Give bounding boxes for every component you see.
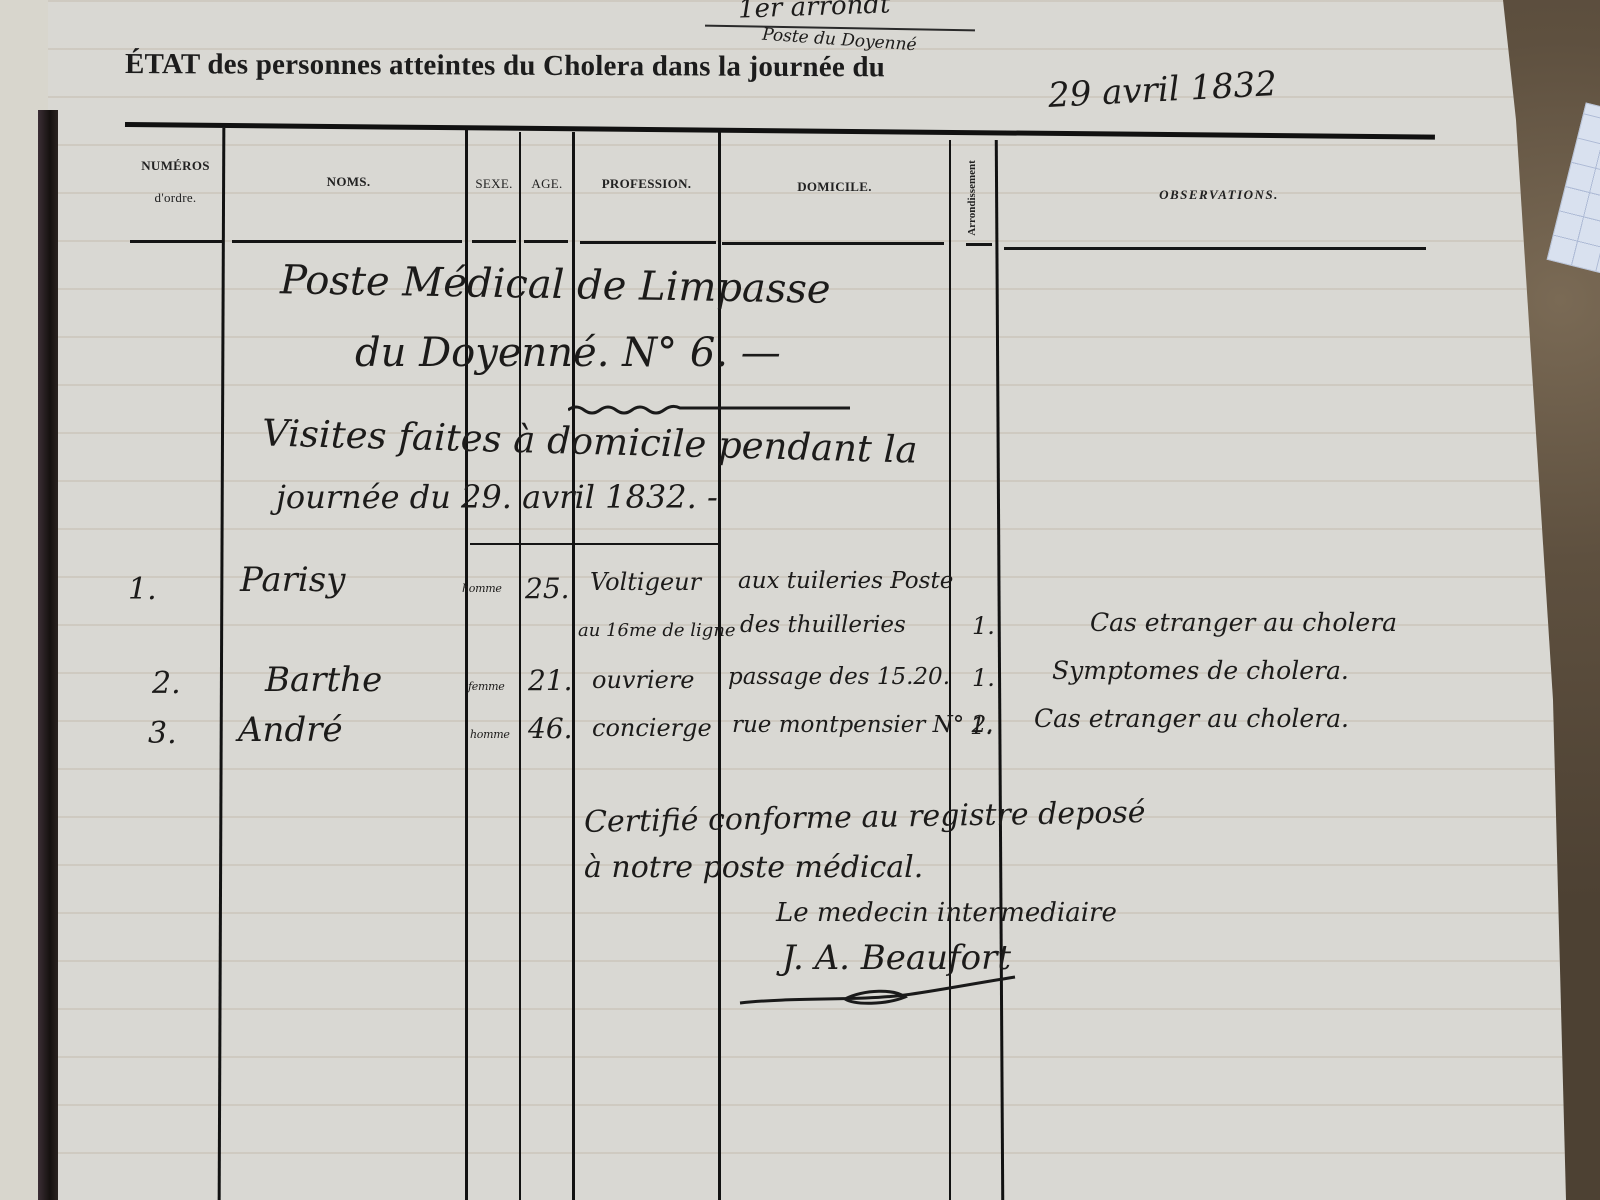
intro-journee: journée du 29. avril 1832. -	[276, 478, 718, 516]
row-arrondissement: 1.	[972, 612, 995, 640]
column-header-numeros: NUMÉROS d'ordre.	[128, 158, 223, 206]
row-observations: Cas etranger au cholera	[1090, 608, 1397, 637]
row-profession: Voltigeur	[590, 568, 701, 596]
row-age: 21.	[528, 664, 573, 697]
row-domicile-line2: des thuilleries	[740, 612, 906, 638]
header-bottom-rule	[232, 240, 462, 243]
printed-title: ÉTAT des personnes atteintes du Cholera …	[125, 48, 885, 84]
column-header-observations: OBSERVATIONS.	[1004, 187, 1434, 203]
row-numero: 2.	[152, 666, 181, 701]
row-sexe: femme	[468, 680, 504, 693]
row-arrondissement: 1.	[972, 664, 995, 692]
handwritten-row-rule	[470, 543, 720, 545]
certification-line2: à notre poste médical.	[584, 850, 923, 885]
decorative-squiggle	[568, 402, 850, 416]
column-header-arrondissement: Arrondissement	[962, 150, 982, 245]
row-nom: Parisy	[240, 560, 345, 600]
header-bottom-rule	[472, 240, 516, 243]
column-header-label: Arrondissement	[966, 160, 978, 236]
row-age: 46.	[528, 712, 573, 745]
intro-doyenne: du Doyenné. N° 6. —	[355, 330, 781, 376]
row-nom: Barthe	[265, 660, 382, 700]
row-profession: concierge	[592, 714, 712, 742]
row-domicile: passage des 15.20.	[728, 664, 950, 690]
signature-flourish	[735, 975, 1035, 1011]
row-sexe: homme	[462, 582, 502, 595]
intro-poste-medical: Poste Médical de Limpasse	[280, 257, 831, 313]
column-header-noms: NOMS.	[232, 174, 465, 190]
column-header-domicile: DOMICILE.	[722, 179, 947, 195]
row-nom: André	[238, 710, 343, 750]
row-sexe: homme	[470, 728, 510, 741]
row-age: 25.	[525, 572, 570, 605]
row-numero: 1.	[128, 572, 157, 607]
column-header-age: AGE.	[522, 176, 572, 192]
header-bottom-rule	[722, 242, 944, 245]
row-domicile: aux tuileries Poste	[738, 568, 953, 594]
row-domicile: rue montpensier N° 2.	[732, 712, 994, 738]
certification-role: Le medecin intermediaire	[776, 898, 1117, 928]
signature: J. A. Beaufort	[782, 938, 1011, 978]
row-observations: Cas etranger au cholera.	[1034, 704, 1349, 733]
header-bottom-rule	[524, 240, 568, 243]
header-bottom-rule	[580, 241, 716, 244]
header-bottom-rule	[130, 240, 222, 243]
row-numero: 3.	[148, 716, 177, 751]
column-header-label: NUMÉROS	[141, 158, 210, 173]
header-bottom-rule	[1004, 247, 1426, 250]
row-observations: Symptomes de cholera.	[1052, 656, 1349, 685]
row-arrondissement: 1.	[970, 712, 993, 740]
row-profession: ouvriere	[592, 666, 695, 694]
column-header-sexe: SEXE.	[470, 176, 518, 192]
row-profession-line2: au 16me de ligne	[578, 620, 736, 641]
column-header-sublabel: d'ordre.	[128, 190, 223, 206]
binding-spine	[38, 110, 58, 1200]
column-header-profession: PROFESSION.	[575, 176, 718, 192]
